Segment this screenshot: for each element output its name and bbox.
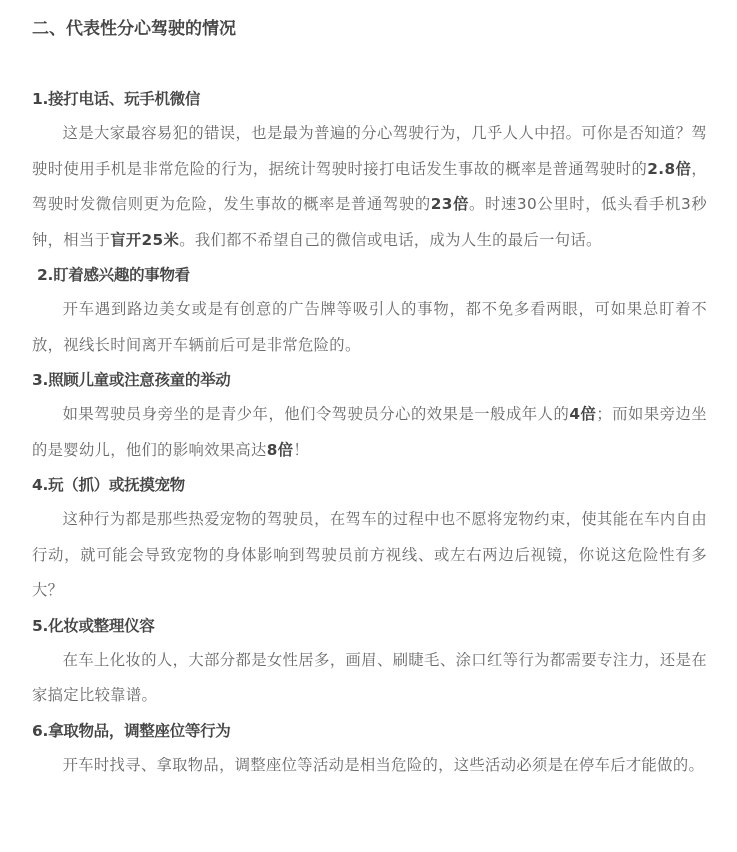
text-segment: 这种行为都是那些热爱宠物的驾驶员，在驾车的过程中也不愿将宠物约束，使其能在车内自…: [32, 510, 707, 599]
item-heading: 3.照顾儿童或注意孩童的举动: [32, 363, 707, 397]
highlight-figure: 8倍: [267, 441, 294, 459]
item-5: 5.化妆或整理仪容 在车上化妆的人，大部分都是女性居多，画眉、刷睫毛、涂口红等行…: [32, 609, 707, 714]
item-paragraph: 这种行为都是那些热爱宠物的驾驶员，在驾车的过程中也不愿将宠物约束，使其能在车内自…: [32, 502, 707, 609]
highlight-figure: 4倍: [569, 405, 596, 423]
item-heading: 6.拿取物品，调整座位等行为: [32, 714, 707, 748]
item-6: 6.拿取物品，调整座位等行为 开车时找寻、拿取物品，调整座位等活动是相当危险的，…: [32, 714, 707, 784]
item-4: 4.玩（抓）或抚摸宠物 这种行为都是那些热爱宠物的驾驶员，在驾车的过程中也不愿将…: [32, 468, 707, 609]
highlight-figure: 2.8倍: [647, 160, 691, 178]
spacer: [32, 44, 707, 82]
item-2: 2.盯着感兴趣的事物看 开车遇到路边美女或是有创意的广告牌等吸引人的事物，都不免…: [32, 258, 707, 363]
highlight-figure: 盲开25米: [110, 231, 179, 249]
item-heading: 4.玩（抓）或抚摸宠物: [32, 468, 707, 502]
text-segment: 。我们都不希望自己的微信或电话，成为人生的最后一句话。: [179, 231, 601, 249]
highlight-figure: 23倍: [431, 195, 469, 213]
text-segment: 如果驾驶员身旁坐的是青少年，他们令驾驶员分心的效果是一般成年人的: [63, 405, 570, 423]
item-1: 1.接打电话、玩手机微信 这是大家最容易犯的错误，也是最为普遍的分心驾驶行为，几…: [32, 82, 707, 258]
text-segment: 开车遇到路边美女或是有创意的广告牌等吸引人的事物，都不免多看两眼，可如果总盯着不…: [32, 300, 707, 354]
item-paragraph: 开车时找寻、拿取物品，调整座位等活动是相当危险的，这些活动必须是在停车后才能做的…: [32, 748, 707, 784]
text-segment: ！: [293, 441, 309, 459]
item-3: 3.照顾儿童或注意孩童的举动 如果驾驶员身旁坐的是青少年，他们令驾驶员分心的效果…: [32, 363, 707, 468]
item-heading: 2.盯着感兴趣的事物看: [32, 258, 707, 292]
item-heading: 5.化妆或整理仪容: [32, 609, 707, 643]
text-segment: 开车时找寻、拿取物品，调整座位等活动是相当危险的，这些活动必须是在停车后才能做的…: [63, 756, 705, 774]
item-heading: 1.接打电话、玩手机微信: [32, 82, 707, 116]
section-title: 二、代表性分心驾驶的情况: [32, 14, 707, 44]
item-paragraph: 如果驾驶员身旁坐的是青少年，他们令驾驶员分心的效果是一般成年人的4倍；而如果旁边…: [32, 397, 707, 468]
item-paragraph: 开车遇到路边美女或是有创意的广告牌等吸引人的事物，都不免多看两眼，可如果总盯着不…: [32, 292, 707, 363]
item-paragraph: 在车上化妆的人，大部分都是女性居多，画眉、刷睫毛、涂口红等行为都需要专注力，还是…: [32, 643, 707, 714]
item-paragraph: 这是大家最容易犯的错误，也是最为普遍的分心驾驶行为，几乎人人中招。可你是否知道？…: [32, 116, 707, 258]
article-body: 二、代表性分心驾驶的情况 1.接打电话、玩手机微信 这是大家最容易犯的错误，也是…: [0, 0, 737, 783]
text-segment: 这是大家最容易犯的错误，也是最为普遍的分心驾驶行为，几乎人人中招。可你是否知道？…: [32, 124, 707, 178]
text-segment: 在车上化妆的人，大部分都是女性居多，画眉、刷睫毛、涂口红等行为都需要专注力，还是…: [32, 651, 707, 705]
